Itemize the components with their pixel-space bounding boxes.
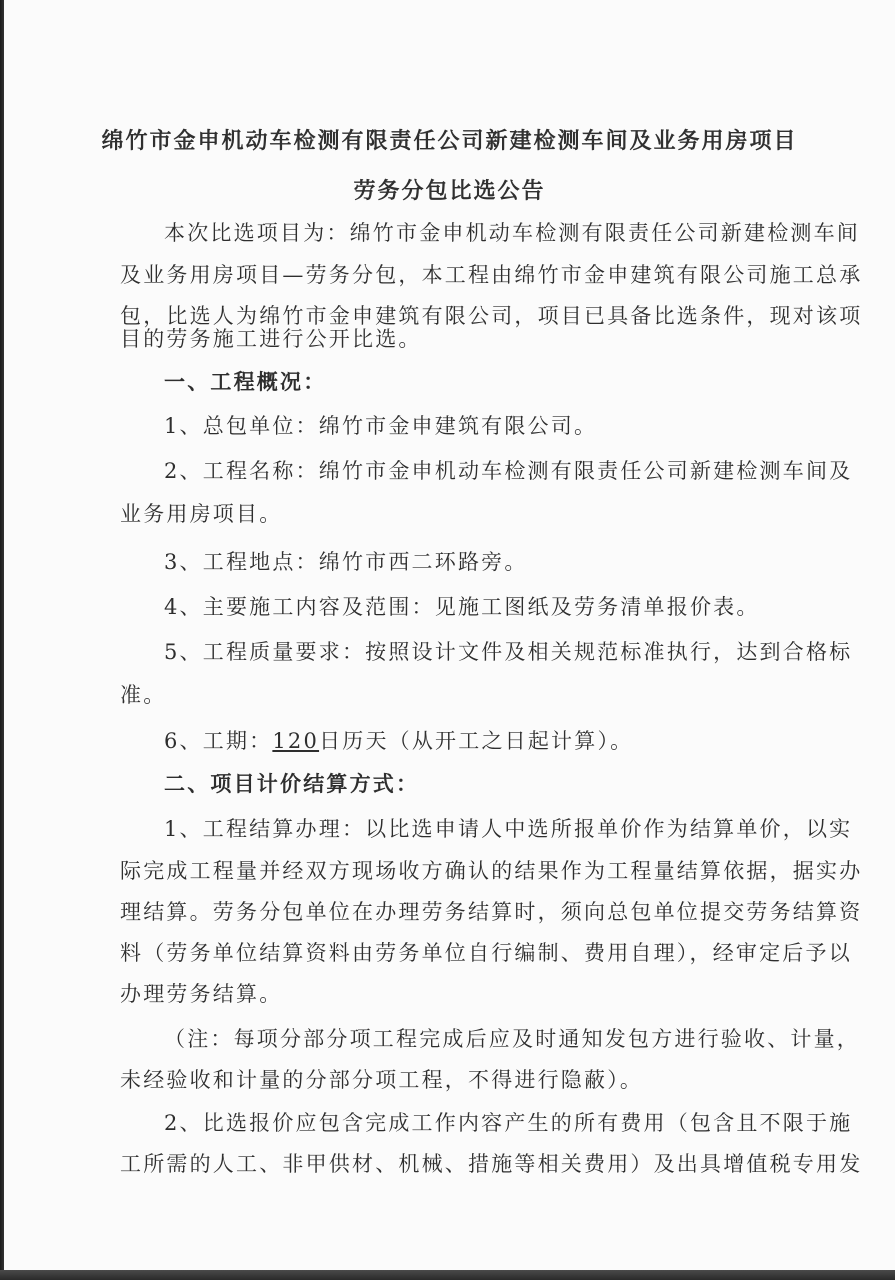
note-line: 未经验收和计量的分部分项工程，不得进行隐蔽）。 — [120, 1064, 643, 1094]
list-item-duration: 6、工期：120日历天（从开工之日起计算）。 — [164, 725, 633, 755]
intro-line: 及业务用房项目—劳务分包，本工程由绵竹市金申建筑有限公司施工总承 — [120, 259, 862, 289]
paragraph-line: 际完成工程量并经双方现场收方确认的结果作为工程量结算依据，据实办 — [120, 855, 862, 885]
duration-days: 120 — [272, 729, 319, 753]
paragraph-line: 2、比选报价应包含完成工作内容产生的所有费用（包含且不限于施 — [164, 1107, 852, 1137]
list-item-continuation: 业务用房项目。 — [120, 498, 282, 528]
section-heading: 二、项目计价结算方式： — [164, 768, 419, 798]
list-item: 1、总包单位：绵竹市金申建筑有限公司。 — [164, 410, 597, 440]
section-heading: 一、工程概况： — [164, 366, 326, 396]
intro-line: 目的劳务施工进行公开比选。 — [120, 323, 422, 353]
list-item-continuation: 准。 — [120, 679, 166, 709]
list-item: 4、主要施工内容及范围：见施工图纸及劳务清单报价表。 — [164, 591, 760, 621]
note-line: （注：每项分部分项工程完成后应及时通知发包方进行验收、计量， — [164, 1023, 860, 1053]
paragraph-line: 办理劳务结算。 — [120, 978, 282, 1008]
paragraph-line: 1、工程结算办理：以比选申请人中选所报单价作为结算单价，以实 — [164, 813, 852, 843]
list-item: 3、工程地点：绵竹市西二环路旁。 — [164, 546, 528, 576]
paragraph-line: 料（劳务单位结算资料由劳务单位自行编制、费用自理），经审定后予以 — [120, 937, 852, 967]
duration-suffix: 日历天（从开工之日起计算）。 — [319, 729, 633, 753]
paragraph-line: 工所需的人工、非甲供材、机械、措施等相关费用）及出具增值税专用发 — [120, 1148, 862, 1178]
list-item: 5、工程质量要求：按照设计文件及相关规范标准执行，达到合格标 — [164, 636, 852, 666]
paragraph-line: 理结算。劳务分包单位在办理劳务结算时，须向总包单位提交劳务结算资 — [120, 896, 862, 926]
document-subtitle: 劳务分包比选公告 — [4, 174, 895, 205]
document-page: 绵竹市金申机动车检测有限责任公司新建检测车间及业务用房项目 劳务分包比选公告 本… — [4, 0, 895, 1270]
duration-label: 6、工期： — [164, 729, 272, 753]
document-title: 绵竹市金申机动车检测有限责任公司新建检测车间及业务用房项目 — [4, 124, 895, 155]
list-item: 2、工程名称：绵竹市金申机动车检测有限责任公司新建检测车间及 — [164, 455, 852, 485]
page-shadow-bottom — [0, 1270, 895, 1280]
intro-line: 本次比选项目为：绵竹市金申机动车检测有限责任公司新建检测车间 — [164, 217, 860, 247]
